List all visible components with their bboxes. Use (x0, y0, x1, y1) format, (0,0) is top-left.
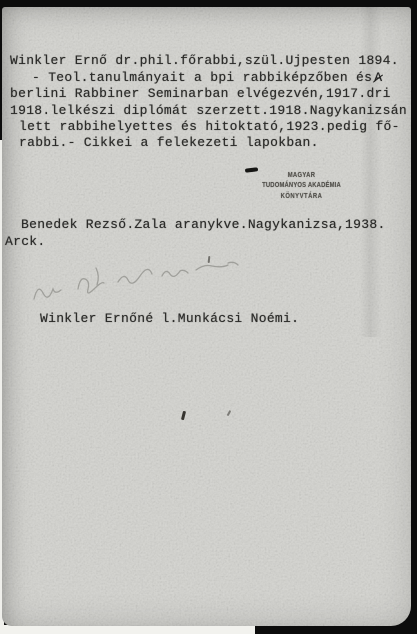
ink-dash-mark (245, 167, 258, 172)
source-line-1: Benedek Rezső.Zala aranykve.Nagykanizsa,… (21, 218, 386, 232)
catalog-card: Winkler Ernő dr.phil.főrabbi,szül.Ujpest… (2, 7, 411, 626)
ink-speck (181, 411, 186, 420)
typed-line-4: 1918.lelkészi diplómát szerzett.1918.Nag… (10, 104, 407, 118)
ink-speck (347, 127, 349, 129)
scan-edge-white-bottom (0, 625, 255, 634)
ink-speck (227, 410, 231, 416)
library-stamp: MAGYAR TUDOMÁNYOS AKADÉMIA KÖNYVTÁRA (262, 171, 342, 202)
stamp-line-3: KÖNYVTÁRA (262, 191, 342, 202)
typed-line-6: rabbi.- Cikkei a felekezeti lapokban. (19, 136, 319, 150)
ink-speck (208, 256, 211, 263)
typed-line-2: - Teol.tanulmányait a bpi rabbiképzőben … (32, 71, 382, 85)
typed-line-5: lett rabbihelyettes és hitoktató,1923.pe… (19, 120, 400, 134)
stamp-line-2: TUDOMÁNYOS AKADÉMIA (262, 181, 342, 191)
typed-line-1: Winkler Ernő dr.phil.főrabbi,szül.Ujpest… (10, 54, 399, 68)
typed-line-3: berlini Rabbiner Seminarban elvégezvén,1… (10, 87, 391, 101)
typed-line-2-text: - Teol.tanulmányait a bpi rabbiképzőben … (32, 70, 372, 85)
source-line-2: Arck. (5, 235, 46, 249)
scanned-catalog-card-page: { "document": { "kind": "typewritten lib… (0, 0, 417, 634)
struck-out-character: A (374, 71, 382, 85)
stamp-line-1: MAGYAR (262, 171, 342, 181)
cross-reference-line: Winkler Ernőné l.Munkácsi Noémi. (40, 312, 299, 326)
